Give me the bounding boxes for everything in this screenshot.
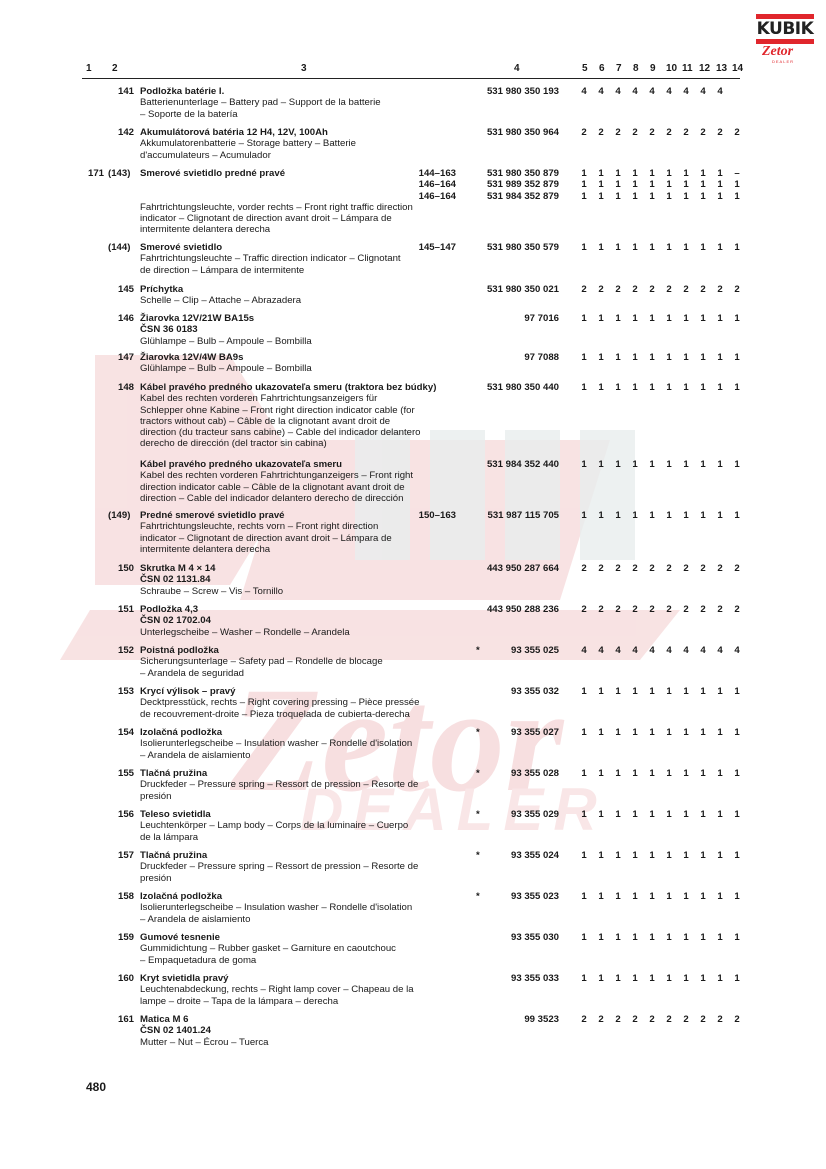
quantity-cell: 2	[680, 284, 692, 295]
quantity-cell: 1	[578, 686, 590, 697]
part-name: Kábel pravého predného ukazovateľa smeru	[140, 459, 465, 470]
quantity-cell: 2	[629, 604, 641, 615]
quantity-cell: 1	[680, 382, 692, 393]
quantity-cell: 1	[578, 179, 590, 190]
quantity-cell: 2	[612, 284, 624, 295]
quantity-cell: 2	[629, 127, 641, 138]
quantity-cell: 1	[714, 809, 726, 820]
standard-code: ČSN 02 1702.04	[140, 615, 465, 626]
part-description: Podložka batérie I.Batterienunterlage – …	[140, 86, 465, 120]
quantity-cell: 1	[680, 809, 692, 820]
quantity-cell: 1	[680, 727, 692, 738]
serial-range: 146–164	[412, 179, 456, 190]
quantity-cell: 1	[697, 459, 709, 470]
quantity-cell: 1	[595, 686, 607, 697]
quantity-cell: 1	[731, 768, 743, 779]
quantity-cell: 1	[629, 891, 641, 902]
quantity-cell: 2	[646, 127, 658, 138]
part-number: 93 355 032	[470, 686, 559, 697]
part-description: Kábel pravého predného ukazovateľa smeru…	[140, 459, 465, 504]
part-name: Izolačná podložka	[140, 891, 465, 902]
standard-code: ČSN 36 0183	[140, 324, 465, 335]
quantity-cell: 1	[697, 973, 709, 984]
quantity-cell: 1	[680, 973, 692, 984]
translation-line: Fahrtrichtungsleuchte, vorder rechts – F…	[140, 202, 465, 213]
column-header-7: 7	[616, 63, 622, 74]
column-header-2: 2	[112, 63, 118, 74]
translation-line: Unterlegscheibe – Washer – Rondelle – Ar…	[140, 627, 465, 638]
position-number: 158	[110, 891, 134, 902]
quantity-cell: 2	[663, 563, 675, 574]
quantity-cell: 1	[578, 242, 590, 253]
quantity-cell: 1	[646, 313, 658, 324]
translation-line: – Arandela de aislamiento	[140, 750, 465, 761]
column-header-13: 13	[716, 63, 727, 74]
quantity-cell: 2	[663, 127, 675, 138]
quantity-cell: 1	[612, 891, 624, 902]
quantity-cell: 1	[612, 382, 624, 393]
quantity-cell: 2	[697, 563, 709, 574]
quantity-cell: 1	[731, 352, 743, 363]
part-number: 93 355 029	[470, 809, 559, 820]
quantity-cell: 1	[629, 168, 641, 179]
part-number: 99 3523	[470, 1014, 559, 1025]
column-header-5: 5	[582, 63, 588, 74]
position-number: 153	[110, 686, 134, 697]
quantity-cell: 1	[595, 179, 607, 190]
quantity-cell: 1	[612, 242, 624, 253]
column-header-11: 11	[682, 63, 693, 74]
quantity-cell: 1	[646, 809, 658, 820]
quantity-cell: 1	[646, 850, 658, 861]
part-name: Gumové tesnenie	[140, 932, 465, 943]
quantity-cell: 1	[714, 191, 726, 202]
quantity-cell: 1	[714, 459, 726, 470]
part-number: 531 980 350 193	[470, 86, 559, 97]
quantity-cell: 2	[714, 284, 726, 295]
quantity-cell: 1	[697, 382, 709, 393]
quantity-cell: 2	[578, 563, 590, 574]
standard-code: ČSN 02 1401.24	[140, 1025, 465, 1036]
part-number: 97 7016	[470, 313, 559, 324]
part-name: Krycí výlisok – pravý	[140, 686, 465, 697]
quantity-cell: 1	[595, 168, 607, 179]
part-description: Izolačná podložkaIsolierunterlegscheibe …	[140, 891, 465, 925]
part-name: Teleso svietidla	[140, 809, 465, 820]
quantity-cell: 1	[646, 510, 658, 521]
quantity-cell: 2	[595, 1014, 607, 1025]
quantity-cell: 4	[629, 645, 641, 656]
quantity-cell: 1	[663, 191, 675, 202]
quantity-cell: 2	[714, 563, 726, 574]
quantity-cell: 2	[663, 604, 675, 615]
translation-line: de direction – Lámpara de intermitente	[140, 265, 465, 276]
quantity-cell: 2	[697, 127, 709, 138]
quantity-cell: 1	[578, 382, 590, 393]
position-number: 157	[110, 850, 134, 861]
quantity-cell: 1	[646, 459, 658, 470]
translation-line: Fahrtrichtungsleuchte, rechts vorn – Fro…	[140, 521, 465, 532]
logo-kubik-text: KUBIK	[756, 20, 814, 38]
position-number: 148	[110, 382, 134, 393]
translation-line: direction – Cable del indicador delanter…	[140, 493, 465, 504]
translation-line: presión	[140, 873, 465, 884]
quantity-cell: 4	[578, 645, 590, 656]
translation-line: Kabel des rechten vorderen Fahrtrichtung…	[140, 470, 465, 481]
part-description: Podložka 4,3ČSN 02 1702.04Unterlegscheib…	[140, 604, 465, 638]
quantity-cell: 1	[714, 179, 726, 190]
quantity-cell: 4	[629, 86, 641, 97]
column-header-12: 12	[699, 63, 710, 74]
quantity-cell: 1	[612, 932, 624, 943]
quantity-cell: 1	[697, 932, 709, 943]
translation-line: indicator – Clignotant de direction avan…	[140, 213, 465, 224]
quantity-cell: 1	[714, 168, 726, 179]
quantity-cell: 1	[697, 510, 709, 521]
position-number: 147	[110, 352, 134, 363]
column-header: 1234567891011121314	[86, 63, 742, 77]
part-number: 531 984 352 440	[470, 459, 559, 470]
quantity-cell: 2	[578, 1014, 590, 1025]
quantity-cell: 2	[680, 127, 692, 138]
column-header-10: 10	[666, 63, 677, 74]
quantity-cell: 1	[629, 313, 641, 324]
part-name: Podložka batérie I.	[140, 86, 465, 97]
part-name: Tlačná pružina	[140, 850, 465, 861]
part-number: 93 355 023	[470, 891, 559, 902]
quantity-cell: 1	[578, 727, 590, 738]
quantity-cell: 2	[595, 284, 607, 295]
translation-line: intermitente delantera derecha	[140, 544, 465, 555]
quantity-cell: 2	[612, 563, 624, 574]
part-name: Žiarovka 12V/21W BA15s	[140, 313, 465, 324]
logo-dealer-text: DEALER	[772, 59, 794, 64]
position-number: 156	[110, 809, 134, 820]
part-number: 93 355 027	[470, 727, 559, 738]
quantity-cell: –	[731, 168, 743, 179]
quantity-cell: 1	[612, 686, 624, 697]
quantity-cell: 1	[731, 809, 743, 820]
quantity-cell: 2	[714, 1014, 726, 1025]
quantity-cell: 4	[646, 645, 658, 656]
quantity-cell: 1	[629, 973, 641, 984]
translation-line: – Arandela de seguridad	[140, 668, 465, 679]
kubik-zetor-logo: KUBIK Zetor DEALER	[754, 14, 816, 66]
part-number: 93 355 024	[470, 850, 559, 861]
translation-line: de recouvrement-droite – Pieza troquelad…	[140, 709, 465, 720]
position-number: (143)	[108, 168, 130, 179]
quantity-cell: 1	[680, 768, 692, 779]
quantity-cell: 1	[697, 727, 709, 738]
quantity-cell: 1	[697, 891, 709, 902]
translation-line: de la lámpara	[140, 832, 465, 843]
logo-zetor-text: Zetor	[762, 44, 793, 60]
quantity-cell: 1	[714, 768, 726, 779]
quantity-cell: 4	[595, 86, 607, 97]
quantity-cell: 1	[646, 352, 658, 363]
serial-range: 145–147	[412, 242, 456, 253]
quantity-cell: 1	[663, 686, 675, 697]
translation-line: direction indicator cable – Câble de la …	[140, 482, 465, 493]
part-name: Matica M 6	[140, 1014, 465, 1025]
translation-line: Glühlampe – Bulb – Ampoule – Bombilla	[140, 336, 465, 347]
figure-number: 171	[88, 168, 104, 179]
quantity-cell: 1	[697, 686, 709, 697]
quantity-cell: 1	[731, 459, 743, 470]
quantity-cell: 1	[697, 352, 709, 363]
quantity-cell: 4	[578, 86, 590, 97]
quantity-cell: 1	[680, 242, 692, 253]
part-description: Poistná podložkaSicherungsunterlage – Sa…	[140, 645, 465, 679]
part-number: 443 950 288 236	[470, 604, 559, 615]
position-number: (144)	[108, 242, 130, 253]
quantity-cell: 2	[595, 563, 607, 574]
quantity-cell: 1	[663, 168, 675, 179]
quantity-cell: 2	[578, 284, 590, 295]
serial-range: 150–163	[412, 510, 456, 521]
quantity-cell: 1	[629, 382, 641, 393]
translation-line: tractors without cab) – Câble de la clig…	[140, 416, 465, 427]
quantity-cell: 2	[714, 127, 726, 138]
column-header-9: 9	[650, 63, 656, 74]
quantity-cell: 1	[680, 168, 692, 179]
quantity-cell: 1	[731, 973, 743, 984]
translation-line: Kabel des rechten vorderen Fahrtrichtung…	[140, 393, 465, 404]
column-header-6: 6	[599, 63, 605, 74]
quantity-cell: 1	[697, 191, 709, 202]
quantity-cell: 1	[595, 727, 607, 738]
quantity-cell: 1	[595, 510, 607, 521]
quantity-cell: 1	[646, 382, 658, 393]
quantity-cell: 1	[646, 686, 658, 697]
translation-line: Akkumulatorenbatterie – Storage battery …	[140, 138, 465, 149]
quantity-cell: 1	[663, 891, 675, 902]
position-number: 141	[110, 86, 134, 97]
quantity-cell: 1	[578, 459, 590, 470]
quantity-cell: 1	[663, 242, 675, 253]
part-name: Kryt svietidla pravý	[140, 973, 465, 984]
part-description: Krycí výlisok – pravýDecktpresstück, rec…	[140, 686, 465, 720]
quantity-cell: 1	[612, 191, 624, 202]
quantity-cell: 1	[612, 179, 624, 190]
quantity-cell: 1	[578, 768, 590, 779]
quantity-cell: 1	[663, 768, 675, 779]
quantity-cell: 1	[714, 891, 726, 902]
part-description: Izolačná podložkaIsolierunterlegscheibe …	[140, 727, 465, 761]
quantity-cell: 1	[697, 850, 709, 861]
part-number: 93 355 028	[470, 768, 559, 779]
quantity-cell: 1	[646, 191, 658, 202]
quantity-cell: 1	[578, 932, 590, 943]
quantity-cell: 1	[578, 891, 590, 902]
part-number: 531 984 352 879	[470, 191, 559, 202]
quantity-cell: 1	[731, 179, 743, 190]
quantity-cell: 1	[578, 850, 590, 861]
part-number: 531 980 350 021	[470, 284, 559, 295]
header-rule	[82, 78, 740, 79]
quantity-cell: 1	[646, 179, 658, 190]
column-header-4: 4	[514, 63, 520, 74]
quantity-cell: 1	[595, 850, 607, 861]
part-number: 531 989 352 879	[470, 179, 559, 190]
quantity-cell: 2	[629, 1014, 641, 1025]
part-name: Tlačná pružina	[140, 768, 465, 779]
quantity-cell: 2	[646, 284, 658, 295]
quantity-cell: 1	[697, 313, 709, 324]
position-number: 142	[110, 127, 134, 138]
position-number: (149)	[108, 510, 130, 521]
quantity-cell: 1	[731, 891, 743, 902]
quantity-cell: 4	[663, 645, 675, 656]
position-number: 161	[110, 1014, 134, 1025]
translation-line: Glühlampe – Bulb – Ampoule – Bombilla	[140, 363, 465, 374]
quantity-cell: 1	[578, 352, 590, 363]
quantity-cell: 1	[612, 809, 624, 820]
quantity-cell: 2	[578, 604, 590, 615]
part-description: Tlačná pružinaDruckfeder – Pressure spri…	[140, 850, 465, 884]
quantity-cell: 4	[646, 86, 658, 97]
part-description: Tlačná pružinaDruckfeder – Pressure spri…	[140, 768, 465, 802]
quantity-cell: 1	[629, 850, 641, 861]
translation-line: – Arandela de aislamiento	[140, 914, 465, 925]
quantity-cell: 1	[595, 459, 607, 470]
quantity-cell: 1	[612, 510, 624, 521]
quantity-cell: 1	[680, 179, 692, 190]
part-number: 531 980 350 579	[470, 242, 559, 253]
quantity-cell: 2	[663, 284, 675, 295]
quantity-cell: 1	[663, 850, 675, 861]
quantity-cell: 2	[697, 284, 709, 295]
quantity-cell: 2	[612, 604, 624, 615]
position-number: 155	[110, 768, 134, 779]
quantity-cell: 4	[714, 86, 726, 97]
translation-line: intermitente delantera derecha	[140, 224, 465, 235]
page-number: 480	[86, 1080, 106, 1094]
position-number: 145	[110, 284, 134, 295]
quantity-cell: 4	[612, 645, 624, 656]
translation-line: Batterienunterlage – Battery pad – Suppo…	[140, 97, 465, 108]
translation-line: Fahrtrichtungsleuchte – Traffic directio…	[140, 253, 465, 264]
quantity-cell: 1	[714, 242, 726, 253]
quantity-cell: 1	[629, 727, 641, 738]
quantity-cell: 1	[595, 313, 607, 324]
translation-line: direction (du tracteur sans cabine) – Ca…	[140, 427, 465, 438]
quantity-cell: 1	[731, 510, 743, 521]
quantity-cell: 1	[663, 352, 675, 363]
part-name: Podložka 4,3	[140, 604, 465, 615]
quantity-cell: 1	[663, 932, 675, 943]
column-header-1: 1	[86, 63, 92, 74]
quantity-cell: 4	[731, 645, 743, 656]
quantity-cell: 1	[680, 459, 692, 470]
part-name: Žiarovka 12V/4W BA9s	[140, 352, 465, 363]
quantity-cell: 1	[680, 510, 692, 521]
quantity-cell: 1	[612, 459, 624, 470]
part-number: 93 355 030	[470, 932, 559, 943]
quantity-cell: 2	[731, 1014, 743, 1025]
quantity-cell: 4	[697, 645, 709, 656]
quantity-cell: 1	[680, 352, 692, 363]
part-description: Skrutka M 4 × 14ČSN 02 1131.84Schraube –…	[140, 563, 465, 597]
quantity-cell: 1	[714, 352, 726, 363]
translation-line: derecho de dirección (del tractor sin ca…	[140, 438, 465, 449]
translation-line: Schelle – Clip – Attache – Abrazadera	[140, 295, 465, 306]
quantity-cell: 1	[612, 768, 624, 779]
quantity-cell: 1	[697, 768, 709, 779]
quantity-cell: 1	[731, 382, 743, 393]
quantity-cell: 2	[663, 1014, 675, 1025]
part-number: 531 987 115 705	[470, 510, 559, 521]
translation-line: Schraube – Screw – Vis – Tornillo	[140, 586, 465, 597]
quantity-cell: 1	[612, 168, 624, 179]
part-number: 531 980 350 879	[470, 168, 559, 179]
translation-line: Sicherungsunterlage – Safety pad – Ronde…	[140, 656, 465, 667]
quantity-cell: 2	[714, 604, 726, 615]
quantity-cell: 1	[663, 179, 675, 190]
quantity-cell: 1	[646, 768, 658, 779]
quantity-cell: 1	[714, 313, 726, 324]
quantity-cell: 1	[714, 510, 726, 521]
quantity-cell: 1	[680, 686, 692, 697]
position-number: 154	[110, 727, 134, 738]
quantity-cell: 4	[595, 645, 607, 656]
quantity-cell: 1	[629, 686, 641, 697]
quantity-cell: 1	[595, 891, 607, 902]
quantity-cell: 1	[646, 168, 658, 179]
part-number: 443 950 287 664	[470, 563, 559, 574]
quantity-cell: 1	[629, 242, 641, 253]
translation-line: presión	[140, 791, 465, 802]
translation-line: d'accumulateurs – Acumulador	[140, 150, 465, 161]
quantity-cell: 1	[714, 686, 726, 697]
translation-line: Schlepper ohne Kabine – Front right dire…	[140, 405, 465, 416]
quantity-cell: 1	[595, 191, 607, 202]
position-number: 160	[110, 973, 134, 984]
translation-line: Mutter – Nut – Écrou – Tuerca	[140, 1037, 465, 1048]
quantity-cell: 1	[663, 313, 675, 324]
quantity-cell: 2	[646, 563, 658, 574]
quantity-cell: 1	[714, 382, 726, 393]
quantity-cell: 2	[646, 604, 658, 615]
quantity-cell: 1	[629, 191, 641, 202]
quantity-cell: 1	[731, 932, 743, 943]
quantity-cell: 1	[731, 242, 743, 253]
quantity-cell: 1	[595, 973, 607, 984]
quantity-cell: 1	[680, 191, 692, 202]
part-number: 531 980 350 440	[470, 382, 559, 393]
part-description: Matica M 6ČSN 02 1401.24Mutter – Nut – É…	[140, 1014, 465, 1048]
quantity-cell: 1	[595, 382, 607, 393]
quantity-cell: 1	[731, 313, 743, 324]
serial-range: 146–164	[412, 191, 456, 202]
quantity-cell: 2	[595, 127, 607, 138]
quantity-cell: 1	[595, 768, 607, 779]
part-description: Kábel pravého predného ukazovateľa smeru…	[140, 382, 465, 450]
quantity-cell: 1	[612, 352, 624, 363]
quantity-cell: 2	[680, 563, 692, 574]
quantity-cell: 4	[680, 86, 692, 97]
quantity-cell: 1	[663, 382, 675, 393]
quantity-cell: 1	[595, 352, 607, 363]
serial-range: 144–163	[412, 168, 456, 179]
translation-line: – Empaquetadura de goma	[140, 955, 465, 966]
part-name: Príchytka	[140, 284, 465, 295]
quantity-cell: 1	[680, 932, 692, 943]
part-name: Skrutka M 4 × 14	[140, 563, 465, 574]
quantity-cell: 4	[612, 86, 624, 97]
quantity-cell: 2	[629, 284, 641, 295]
quantity-cell: 1	[680, 891, 692, 902]
